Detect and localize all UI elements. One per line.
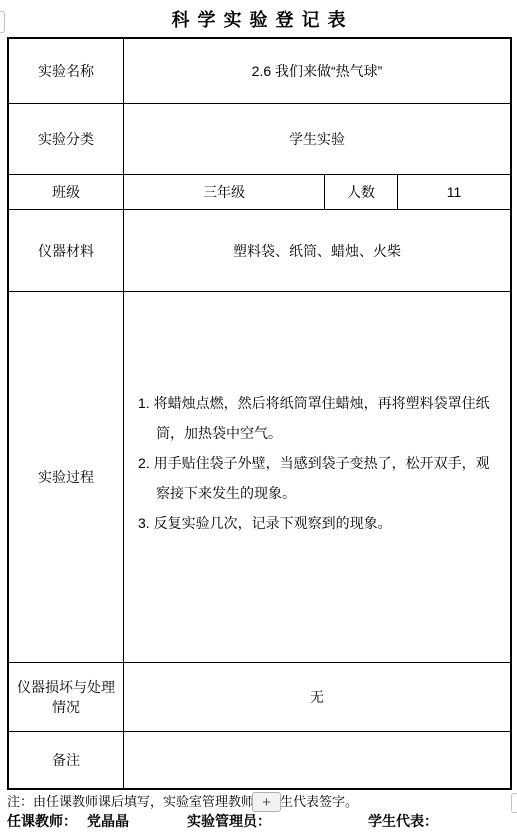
table-row: 班级 三年级 人数 11 xyxy=(9,174,510,209)
damage-label-line1: 仪器损坏与处理 xyxy=(17,677,115,697)
class-value: 三年级 xyxy=(124,175,325,209)
experiment-category-label: 实验分类 xyxy=(9,104,124,174)
materials-label: 仪器材料 xyxy=(9,210,124,291)
teacher-signature-label: 任课教师： xyxy=(7,813,77,829)
student-count-value: 11 xyxy=(398,175,510,209)
process-step: 2. 用手贴住袋子外壁，当感到袋子变热了，松开双手，观察接下来发生的现象。 xyxy=(138,448,500,508)
process-step-list: 1. 将蜡烛点燃，然后将纸筒罩住蜡烛，再将塑料袋罩住纸筒，加热袋中空气。 2. … xyxy=(138,388,500,538)
page: 科学实验登记表 实验名称 2.6 我们来做“热气球” 实验分类 学生实验 班级 … xyxy=(0,0,517,833)
process-step: 1. 将蜡烛点燃，然后将纸筒罩住蜡烛，再将塑料袋罩住纸筒，加热袋中空气。 xyxy=(138,388,500,448)
damage-label-line2: 情况 xyxy=(52,697,80,717)
table-row: 仪器材料 塑料袋、纸筒、蜡烛、火柴 xyxy=(9,209,510,291)
manager-signature-label: 实验管理员： xyxy=(187,811,271,831)
table-row: 实验过程 1. 将蜡烛点燃，然后将纸筒罩住蜡烛，再将塑料袋罩住纸筒，加热袋中空气… xyxy=(9,291,510,662)
table-row: 实验名称 2.6 我们来做“热气球” xyxy=(9,39,510,103)
process-step: 3. 反复实验几次，记录下观察到的现象。 xyxy=(138,508,500,538)
signature-line: 任课教师：党晶晶 实验管理员： 学生代表： xyxy=(0,811,517,829)
process-steps: 1. 将蜡烛点燃，然后将纸筒罩住蜡烛，再将塑料袋罩住纸筒，加热袋中空气。 2. … xyxy=(124,292,510,662)
teacher-signature-name: 党晶晶 xyxy=(87,813,129,829)
experiment-name-label: 实验名称 xyxy=(9,39,124,103)
table-row: 仪器损坏与处理 情况 无 xyxy=(9,662,510,731)
materials-value: 塑料袋、纸筒、蜡烛、火柴 xyxy=(124,210,510,291)
remarks-value xyxy=(124,732,510,788)
table-edge-button-right[interactable] xyxy=(511,793,517,813)
add-button[interactable]: + xyxy=(252,792,281,812)
experiment-category-value: 学生实验 xyxy=(124,104,510,174)
class-label: 班级 xyxy=(9,175,124,209)
student-signature-label: 学生代表： xyxy=(368,811,438,831)
plus-icon: + xyxy=(262,795,271,810)
table-row: 实验分类 学生实验 xyxy=(9,103,510,174)
remarks-label: 备注 xyxy=(9,732,124,788)
damage-value: 无 xyxy=(124,663,510,731)
process-label: 实验过程 xyxy=(9,292,124,662)
experiment-name-value: 2.6 我们来做“热气球” xyxy=(124,39,510,103)
page-title: 科学实验登记表 xyxy=(0,6,517,32)
table-edge-button-left[interactable] xyxy=(0,11,5,33)
student-count-label: 人数 xyxy=(325,175,398,209)
footnote: 注：由任课教师课后填写，实验室管理教师和学生代表签字。 xyxy=(7,794,358,810)
table-row: 备注 xyxy=(9,731,510,788)
experiment-registration-table: 实验名称 2.6 我们来做“热气球” 实验分类 学生实验 班级 三年级 人数 1… xyxy=(7,37,512,790)
damage-label: 仪器损坏与处理 情况 xyxy=(9,663,124,731)
teacher-signature: 任课教师：党晶晶 xyxy=(7,811,129,831)
